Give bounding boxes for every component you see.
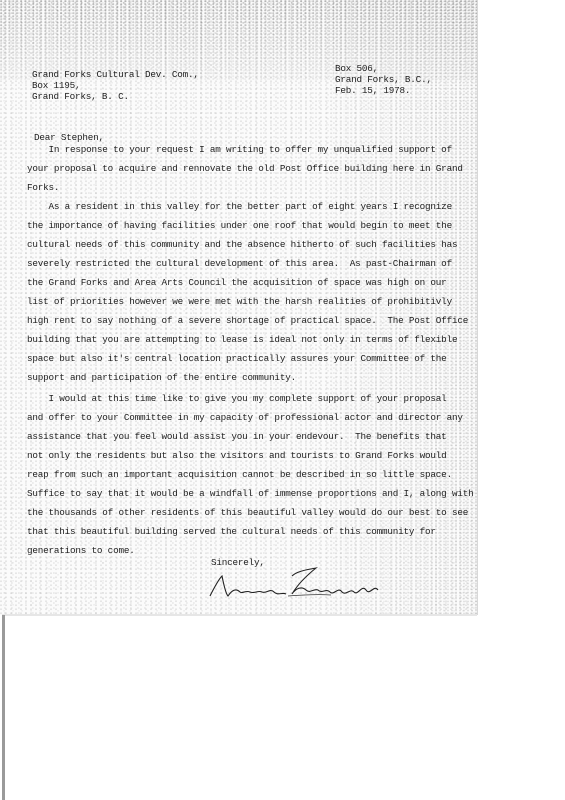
body-line: that this beautiful building served the …: [27, 527, 436, 536]
sender-address-line: Box 506,: [335, 64, 378, 73]
body-line: reap from such an important acquisition …: [27, 470, 452, 479]
body-line: generations to come.: [27, 546, 135, 555]
body-line: severely restricted the cultural develop…: [27, 259, 452, 268]
recipient-address-line: Grand Forks Cultural Dev. Com.,: [32, 70, 199, 79]
body-line: support and participation of the entire …: [27, 373, 296, 382]
body-line: not only the residents but also the visi…: [27, 451, 447, 460]
body-line: Suffice to say that it would be a windfa…: [27, 489, 473, 498]
body-line: In response to your request I am writing…: [27, 145, 452, 154]
recipient-address-line: Box 1195,: [32, 81, 80, 90]
body-line: space but also it's central location pra…: [27, 354, 447, 363]
body-line: the Grand Forks and Area Arts Council th…: [27, 278, 447, 287]
body-line: list of priorities however we were met w…: [27, 297, 452, 306]
body-line: Forks.: [27, 183, 59, 192]
body-line: cultural needs of this community and the…: [27, 240, 457, 249]
recipient-address-line: Grand Forks, B. C.: [32, 92, 129, 101]
body-line: As a resident in this valley for the bet…: [27, 202, 452, 211]
body-line: and offer to your Committee in my capaci…: [27, 413, 463, 422]
salutation: Dear Stephen,: [34, 133, 104, 142]
body-line: building that you are attempting to leas…: [27, 335, 457, 344]
signature-icon: [206, 566, 406, 606]
body-line: your proposal to acquire and rennovate t…: [27, 164, 463, 173]
body-line: high rent to say nothing of a severe sho…: [27, 316, 468, 325]
body-line: the importance of having facilities unde…: [27, 221, 452, 230]
page-edge-line: [2, 615, 5, 800]
letter-date: Feb. 15, 1978.: [335, 86, 410, 95]
body-line: I would at this time like to give you my…: [27, 394, 447, 403]
body-line: the thousands of other residents of this…: [27, 508, 468, 517]
body-line: assistance that you feel would assist yo…: [27, 432, 447, 441]
letter: Grand Forks Cultural Dev. Com., Box 1195…: [0, 0, 477, 615]
sender-address-line: Grand Forks, B.C.,: [335, 75, 432, 84]
